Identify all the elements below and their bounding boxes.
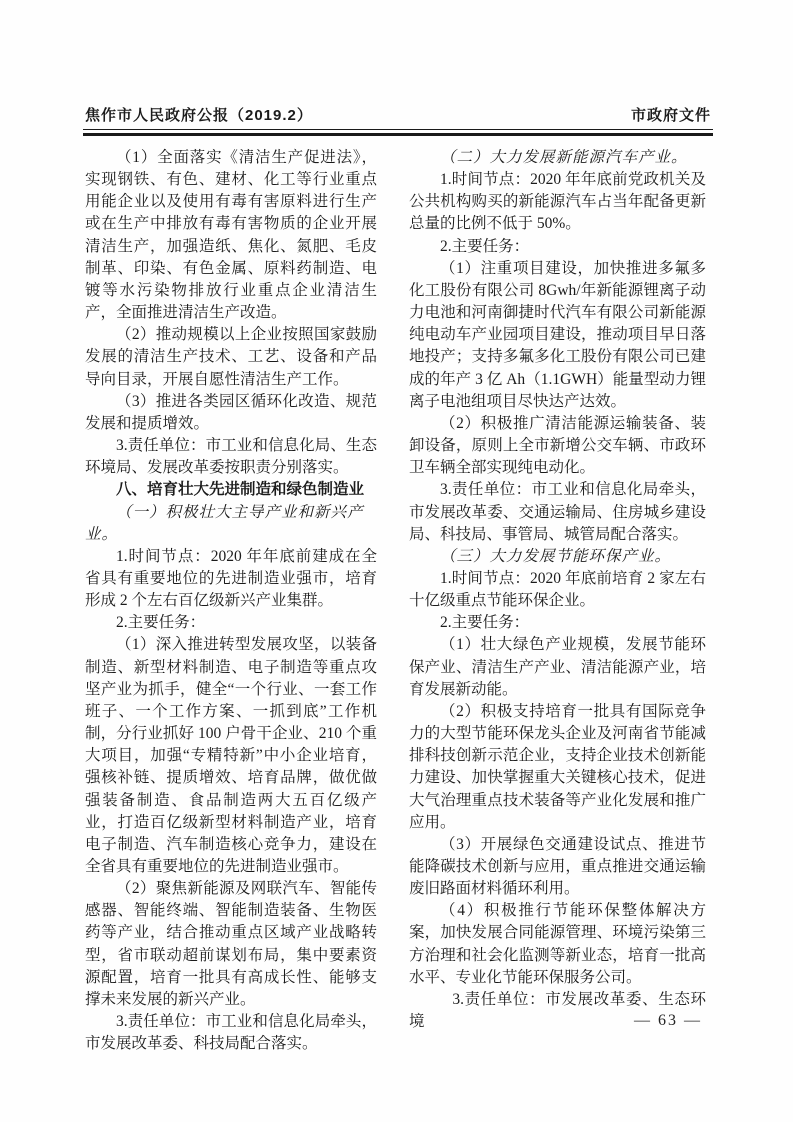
paragraph: （一）积极壮大主导产业和新兴产业。 bbox=[85, 502, 377, 546]
paragraph: 1.时间节点：2020 年年底前建成在全省具有重要地位的先进制造业强市，培育形成… bbox=[85, 546, 377, 612]
gazette-page: 焦作市人民政府公报（2019.2） 市政府文件 （1）全面落实《清洁生产促进法》… bbox=[0, 0, 793, 1122]
paragraph: （三）大力发展节能环保产业。 bbox=[409, 546, 706, 568]
page-number: — 63 — bbox=[618, 1012, 718, 1030]
paragraph: （1）深入推进转型发展攻坚，以装备制造、新型材料制造、电子制造等重点攻坚产业为抓… bbox=[85, 634, 377, 878]
paragraph: 八、培育壮大先进制造和绿色制造业 bbox=[85, 479, 377, 501]
content-right-column: （二）大力发展新能源汽车产业。1.时间节点：2020 年年底前党政机关及公共机构… bbox=[409, 147, 706, 1033]
paragraph: （2）聚焦新能源及网联汽车、智能传感器、智能终端、智能制造装备、生物医药等产业，… bbox=[85, 878, 377, 1011]
paragraph: （2）积极推广清洁能源运输装备、装卸设备，原则上全市新增公交车辆、市政环卫车辆全… bbox=[409, 413, 706, 479]
paragraph: 3.责任单位：市工业和信息化局、生态环境局、发展改革委按职责分别落实。 bbox=[85, 435, 377, 479]
paragraph: （3）开展绿色交通建设试点、推进节能降碳技术创新与应用，重点推进交通运输废旧路面… bbox=[409, 834, 706, 900]
paragraph: 3.责任单位：市工业和信息化局牵头，市发展改革委、交通运输局、住房城乡建设局、科… bbox=[409, 479, 706, 545]
paragraph: 1.时间节点：2020 年底前培育 2 家左右十亿级重点节能环保企业。 bbox=[409, 568, 706, 612]
paragraph: （二）大力发展新能源汽车产业。 bbox=[409, 147, 706, 169]
paragraph: 2.主要任务： bbox=[85, 612, 377, 634]
paragraph: 3.责任单位：市工业和信息化局牵头，市发展改革委、科技局配合落实。 bbox=[85, 1011, 377, 1055]
paragraph: 2.主要任务： bbox=[409, 236, 706, 258]
header-rule bbox=[83, 129, 713, 136]
paragraph: 1.时间节点：2020 年年底前党政机关及公共机构购买的新能源汽车占当年配备更新… bbox=[409, 169, 706, 235]
paragraph: （2）积极支持培育一批具有国际竞争力的大型节能环保龙头企业及河南省节能减排科技创… bbox=[409, 701, 706, 834]
paragraph: （1）全面落实《清洁生产促进法》，实现钢铁、有色、建材、化工等行业重点用能企业以… bbox=[85, 147, 377, 324]
paragraph: （4）积极推行节能环保整体解决方案，加快发展合同能源管理、环境污染第三方治理和社… bbox=[409, 900, 706, 989]
paragraph: （3）推进各类园区循环化改造、规范发展和提质增效。 bbox=[85, 391, 377, 435]
header-right-title: 市政府文件 bbox=[631, 104, 711, 125]
paragraph: （1）壮大绿色产业规模，发展节能环保产业、清洁生产产业、清洁能源产业，培育发展新… bbox=[409, 634, 706, 700]
header-left-title: 焦作市人民政府公报（2019.2） bbox=[85, 104, 313, 125]
page-header: 焦作市人民政府公报（2019.2） 市政府文件 bbox=[83, 104, 713, 136]
content-left-column: （1）全面落实《清洁生产促进法》，实现钢铁、有色、建材、化工等行业重点用能企业以… bbox=[85, 147, 377, 1055]
paragraph: （1）注重项目建设，加快推进多氟多化工股份有限公司 8Gwh/年新能源锂离子动力… bbox=[409, 258, 706, 413]
header-row: 焦作市人民政府公报（2019.2） 市政府文件 bbox=[83, 104, 713, 129]
paragraph: 2.主要任务： bbox=[409, 612, 706, 634]
paragraph: （2）推动规模以上企业按照国家鼓励发展的清洁生产技术、工艺、设备和产品导向目录，… bbox=[85, 324, 377, 390]
